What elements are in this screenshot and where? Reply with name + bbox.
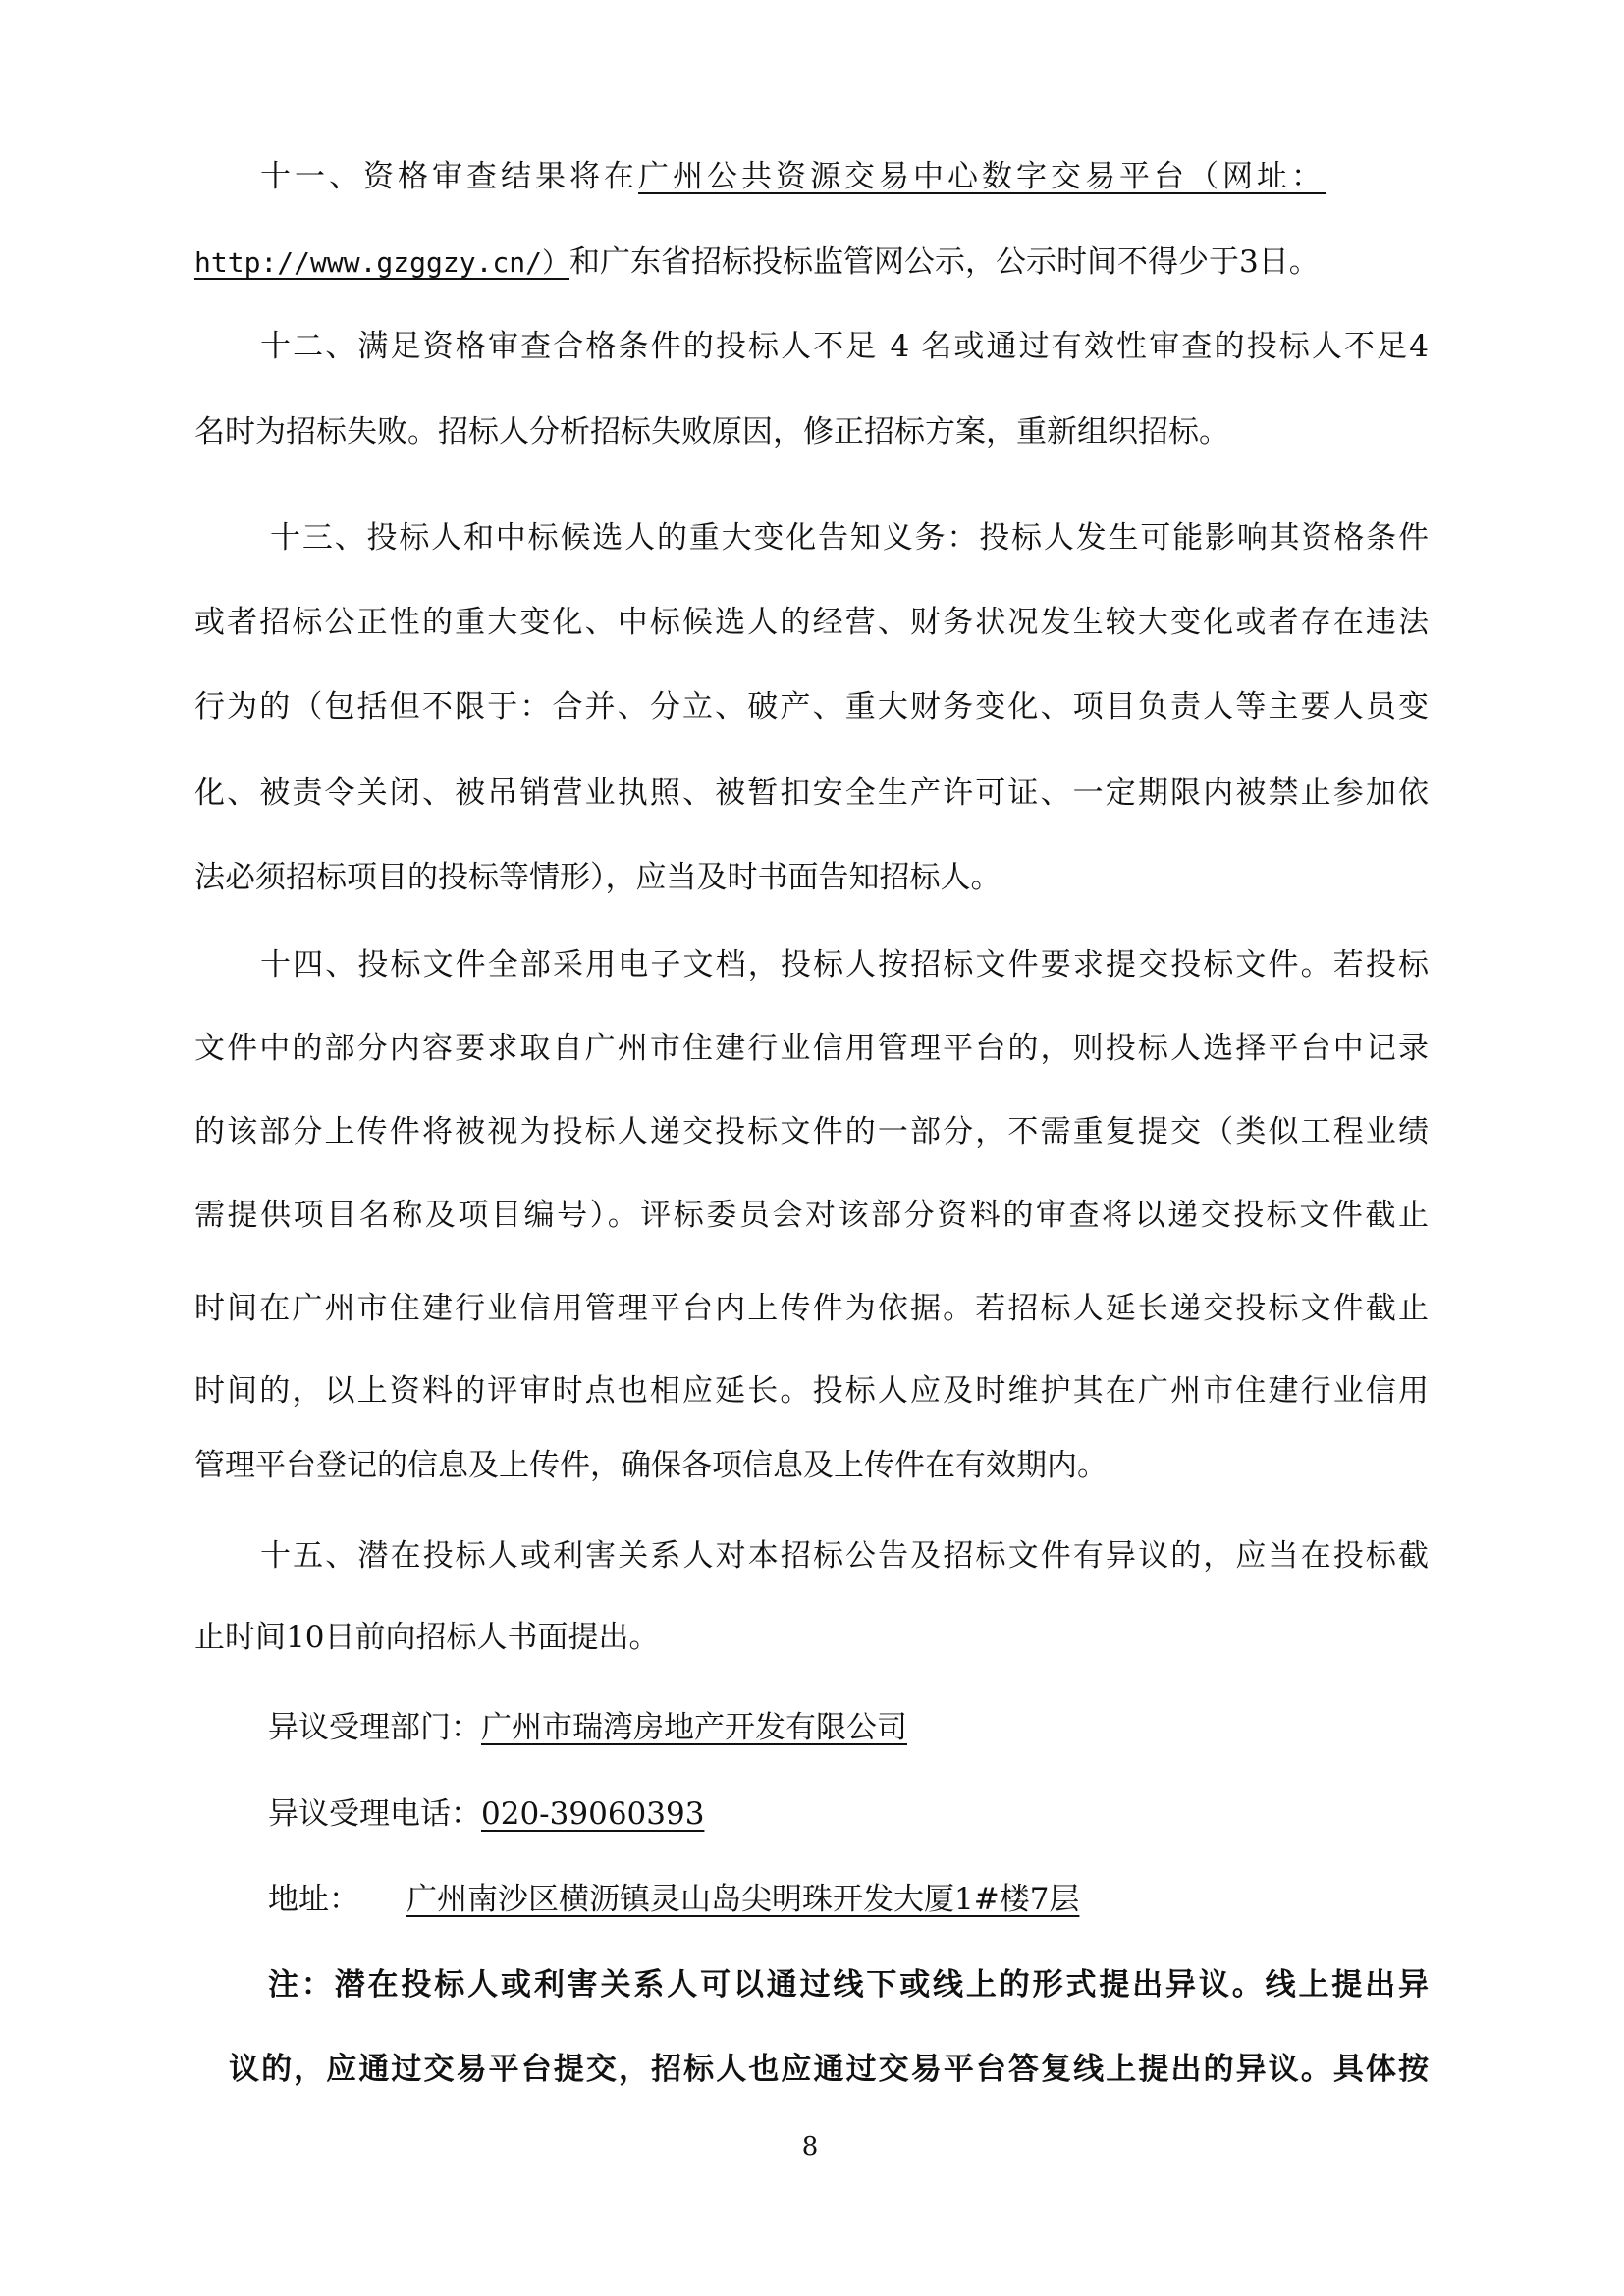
paragraph-11-text-2: 和广东省招标投标监管网公示，公示时间不得少于3日。 <box>569 244 1320 280</box>
paragraph-11-text: 十一、资格审查结果将在 <box>260 159 638 194</box>
platform-link[interactable]: 广州公共资源交易中心数字交易平台（网址： <box>638 159 1326 194</box>
note-line-1: 注：潜在投标人或利害关系人可以通过线下或线上的形式提出异议。线上提出异 <box>268 1965 1429 2004</box>
paragraph-14-line-3: 的该部分上传件将被视为投标人递交投标文件的一部分，不需重复提交（类似工程业绩 <box>194 1112 1429 1151</box>
objection-dept-label: 异议受理部门： <box>268 1710 481 1745</box>
paragraph-13-line-2: 或者招标公正性的重大变化、中标候选人的经营、财务状况发生较大变化或者存在违法 <box>194 603 1429 642</box>
paragraph-13-line-5: 法必须招标项目的投标等情形），应当及时书面告知招标人。 <box>194 858 1429 897</box>
paragraph-13-line-3: 行为的（包括但不限于：合并、分立、破产、重大财务变化、项目负责人等主要人员变 <box>194 687 1429 726</box>
paragraph-14-line-7: 管理平台登记的信息及上传件，确保各项信息及上传件在有效期内。 <box>194 1446 1429 1485</box>
paragraph-12-line-2: 名时为招标失败。招标人分析招标失败原因，修正招标方案，重新组织招标。 <box>194 412 1429 452</box>
objection-address-value: 广州南沙区横沥镇灵山岛尖明珠开发大厦1#楼7层 <box>406 1882 1079 1917</box>
paragraph-14-line-2: 文件中的部分内容要求取自广州市住建行业信用管理平台的，则投标人选择平台中记录 <box>194 1029 1429 1068</box>
paragraph-14-line-1: 十四、投标文件全部采用电子文档，投标人按招标文件要求提交投标文件。若投标 <box>260 945 1429 985</box>
paragraph-15-line-2: 止时间10日前向招标人书面提出。 <box>194 1618 1429 1657</box>
note-line-2: 议的，应通过交易平台提交，招标人也应通过交易平台答复线上提出的异议。具体按 <box>229 2050 1429 2089</box>
paragraph-14-line-5: 时间在广州市住建行业信用管理平台内上传件为依据。若招标人延长递交投标文件截止 <box>194 1289 1429 1328</box>
paragraph-13-line-4: 化、被责令关闭、被吊销营业执照、被暂扣安全生产许可证、一定期限内被禁止参加依 <box>194 774 1429 813</box>
objection-phone-label: 异议受理电话： <box>268 1796 481 1832</box>
platform-url-link[interactable]: http://www.gzggzy.cn/） <box>194 246 569 279</box>
objection-dept-value: 广州市瑞湾房地产开发有限公司 <box>481 1710 907 1745</box>
paragraph-13-line-1: 十三、投标人和中标候选人的重大变化告知义务：投标人发生可能影响其资格条件 <box>270 518 1429 558</box>
paragraph-11-line-1: 十一、资格审查结果将在广州公共资源交易中心数字交易平台（网址： <box>260 157 1429 196</box>
paragraph-14-line-4: 需提供项目名称及项目编号）。评标委员会对该部分资料的审查将以递交投标文件截止 <box>194 1196 1429 1235</box>
paragraph-12-line-1: 十二、满足资格审查合格条件的投标人不足 4 名或通过有效性审查的投标人不足4 <box>260 327 1429 366</box>
objection-phone-value: 020-39060393 <box>481 1796 704 1832</box>
paragraph-14-line-6: 时间的，以上资料的评审时点也相应延长。投标人应及时维护其在广州市住建行业信用 <box>194 1371 1429 1411</box>
objection-phone-row: 异议受理电话：020-39060393 <box>268 1794 704 1834</box>
paragraph-11-line-2: http://www.gzggzy.cn/）和广东省招标投标监管网公示，公示时间… <box>194 242 1429 282</box>
objection-dept-row: 异议受理部门：广州市瑞湾房地产开发有限公司 <box>268 1708 907 1747</box>
paragraph-15-line-1: 十五、潜在投标人或利害关系人对本招标公告及招标文件有异议的，应当在投标截 <box>260 1536 1429 1575</box>
objection-address-row: 地址：广州南沙区横沥镇灵山岛尖明珠开发大厦1#楼7层 <box>268 1880 1079 1919</box>
objection-address-label: 地址： <box>268 1882 359 1917</box>
page-number: 8 <box>790 2130 830 2163</box>
